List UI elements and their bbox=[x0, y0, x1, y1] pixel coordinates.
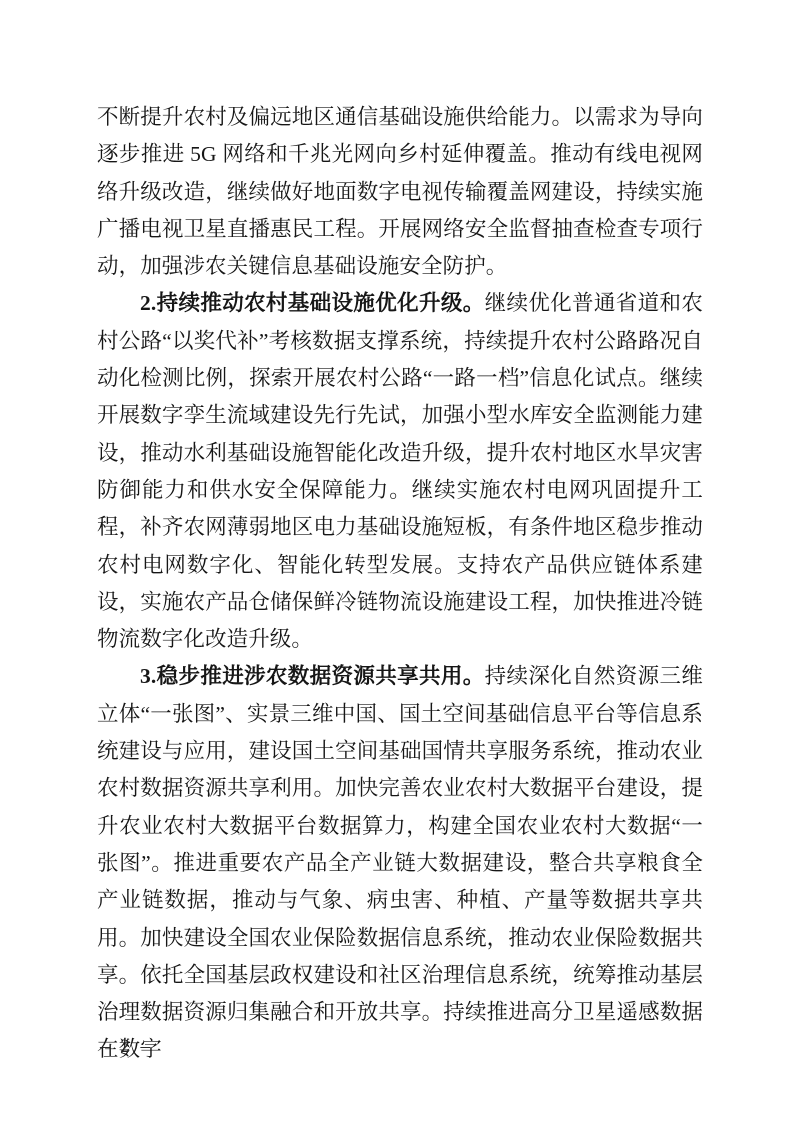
page-number: – 2 – bbox=[100, 1036, 153, 1058]
paragraph-3-lead: 3.稳步推进涉农数据资源共享共用。 bbox=[140, 664, 485, 688]
paragraph-1: 不断提升农村及偏远地区通信基础设施供给能力。以需求为导向逐步推进 5G 网络和千… bbox=[97, 99, 703, 285]
document-body: 不断提升农村及偏远地区通信基础设施供给能力。以需求为导向逐步推进 5G 网络和千… bbox=[97, 99, 703, 1069]
paragraph-3: 3.稳步推进涉农数据资源共享共用。持续深化自然资源三维立体“一张图”、实景三维中… bbox=[97, 658, 703, 1068]
paragraph-2-lead: 2.持续推动农村基础设施优化升级。 bbox=[140, 291, 485, 315]
document-page: 不断提升农村及偏远地区通信基础设施供给能力。以需求为导向逐步推进 5G 网络和千… bbox=[0, 0, 793, 1122]
paragraph-3-text: 持续深化自然资源三维立体“一张图”、实景三维中国、国土空间基础信息平台等信息系统… bbox=[97, 664, 703, 1061]
paragraph-2-text: 继续优化普通省道和农村公路“以奖代补”考核数据支撑系统，持续提升农村公路路况自动… bbox=[97, 291, 703, 651]
paragraph-2: 2.持续推动农村基础设施优化升级。继续优化普通省道和农村公路“以奖代补”考核数据… bbox=[97, 285, 703, 658]
paragraph-1-text: 不断提升农村及偏远地区通信基础设施供给能力。以需求为导向逐步推进 5G 网络和千… bbox=[97, 105, 703, 278]
